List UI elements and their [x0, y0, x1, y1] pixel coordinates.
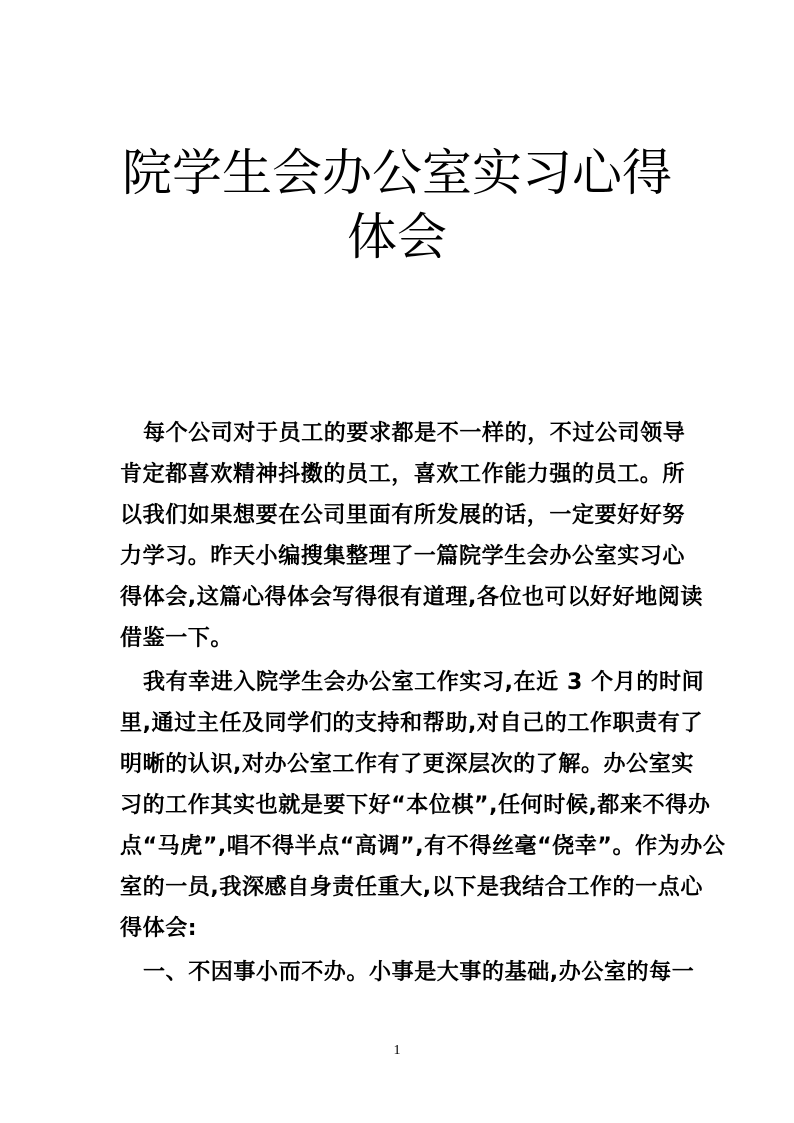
document-title-line-1: 院学生会办公室实习心得 [0, 139, 794, 207]
paragraph-line: 明晰的认识,对办公室工作有了更深层次的了解。办公室实 [120, 745, 680, 785]
paragraph-line: 我有幸进入院学生会办公室工作实习,在近 3 个月的时间 [143, 663, 703, 703]
paragraph-line: 肯定都喜欢精神抖擞的员工，喜欢工作能力强的员工。所 [120, 455, 680, 495]
paragraph-line: 习的工作其实也就是要下好“本位棋”,任何时候,都来不得办 [120, 786, 680, 826]
paragraph-line: 点“马虎”,唱不得半点“高调”,有不得丝毫“侥幸”。作为办公 [120, 827, 680, 867]
paragraph-line: 以我们如果想要在公司里面有所发展的话，一定要好好努 [120, 496, 680, 536]
paragraph-line: 里,通过主任及同学们的支持和帮助,对自己的工作职责有了 [120, 704, 680, 744]
paragraph-line: 每个公司对于员工的要求都是不一样的，不过公司领导 [143, 414, 703, 454]
paragraph-line: 力学习。昨天小编搜集整理了一篇院学生会办公室实习心 [120, 537, 680, 577]
paragraph-line: 得体会: [120, 909, 680, 949]
page-number: 1 [0, 1043, 794, 1059]
paragraph-line: 借鉴一下。 [120, 619, 680, 659]
document-page: 院学生会办公室实习心得 体会 每个公司对于员工的要求都是不一样的，不过公司领导 … [0, 0, 794, 1123]
paragraph-line: 一、不因事小而不办。小事是大事的基础,办公室的每一 [143, 953, 703, 993]
paragraph-line: 室的一员,我深感自身责任重大,以下是我结合工作的一点心 [120, 868, 680, 908]
document-title-line-2: 体会 [0, 203, 794, 271]
paragraph-line: 得体会,这篇心得体会写得很有道理,各位也可以好好地阅读 [120, 578, 680, 618]
